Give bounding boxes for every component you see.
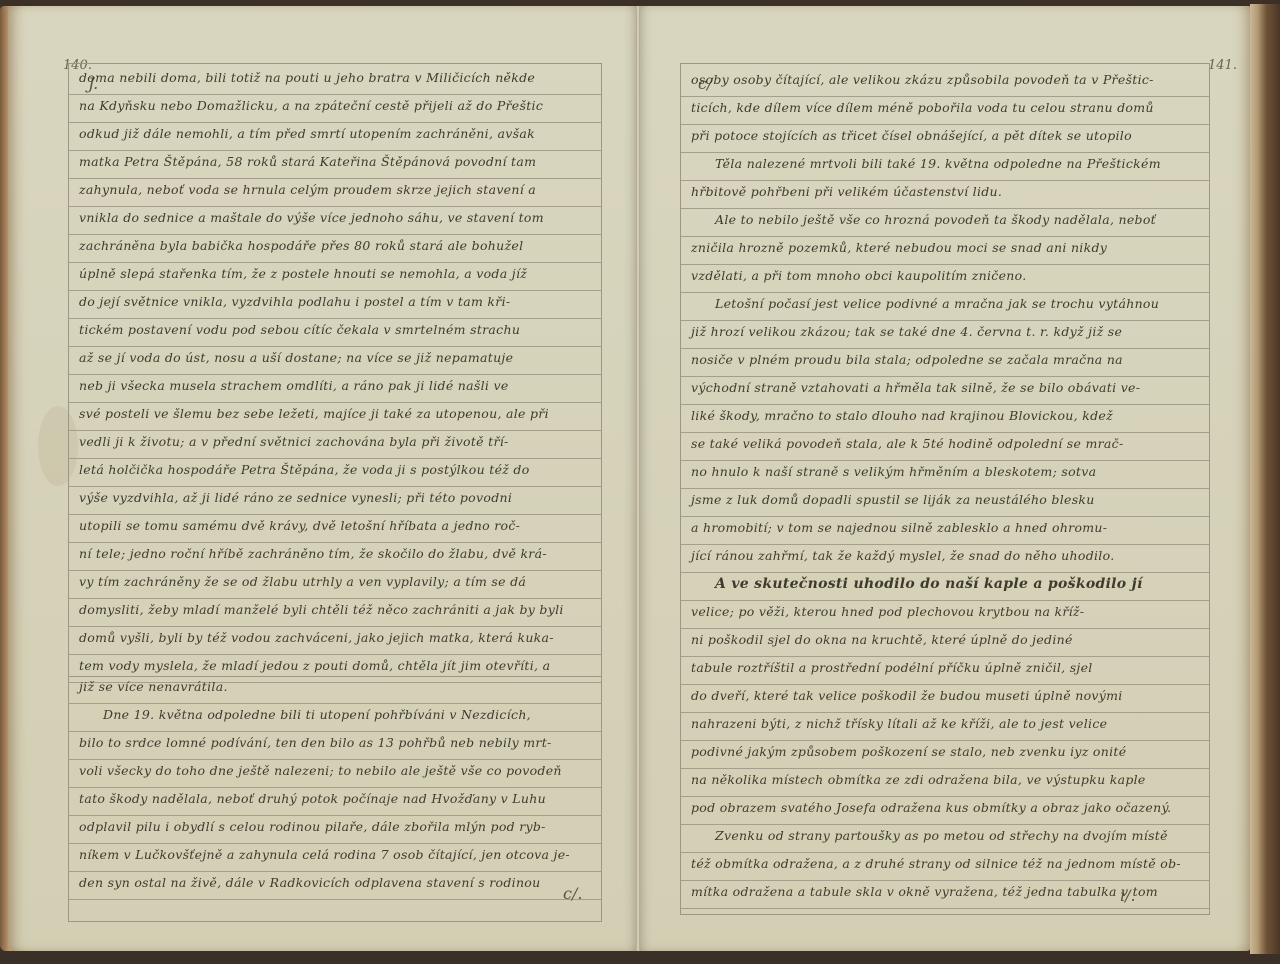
text-line: východní straně vztahovati a hřměla tak … [681, 376, 1209, 405]
text-line: již hrozí velikou zkázou; tak se také dn… [681, 320, 1209, 349]
text-line: letá holčička hospodáře Petra Štěpána, ž… [69, 458, 601, 487]
right-page: 141. c/ osoby osoby čítající, ale veliko… [640, 6, 1252, 951]
text-line: zachráněna byla babička hospodáře přes 8… [69, 234, 601, 263]
text-line: Letošní počasí jest velice podivné a mra… [681, 292, 1209, 321]
text-line: při potoce stojících as třicet čísel obn… [681, 124, 1209, 153]
text-line: nosiče v plném proudu bila stala; odpole… [681, 348, 1209, 377]
text-line: matka Petra Štěpána, 58 roků stará Kateř… [69, 150, 601, 179]
text-line: vedli ji k životu; a v přední světnici z… [69, 430, 601, 459]
text-line: jící ránou zahřmí, tak že každý myslel, … [681, 544, 1209, 573]
text-line: hřbitově pohřbeni při velikém účastenstv… [681, 180, 1209, 209]
text-line: též obmítka odražena, a z druhé strany o… [681, 852, 1209, 881]
text-line: vnikla do sednice a maštale do výše více… [69, 206, 601, 235]
text-line: do dveří, které tak velice poškodil že b… [681, 684, 1209, 713]
text-line: se také veliká povodeň stala, ale k 5té … [681, 432, 1209, 461]
text-line: den syn ostal na živě, dále v Radkovicíc… [69, 871, 601, 900]
text-line: voli všecky do toho dne ještě nalezeni; … [69, 759, 601, 788]
text-line: Ale to nebilo ještě vše co hrozná povode… [681, 208, 1209, 237]
text-line: ní tele; jedno roční hříbě zachráněno tí… [69, 542, 601, 571]
text-line: tato škody nadělala, neboť druhý potok p… [69, 787, 601, 816]
text-line: Dne 19. května odpoledne bili ti utopení… [69, 703, 601, 732]
right-page-bottom-mark: i/. [1120, 886, 1136, 905]
text-line: podivné jakým způsobem poškození se stal… [681, 740, 1209, 769]
text-line: A ve skutečnosti uhodilo do naší kaple a… [681, 572, 1209, 601]
text-line: jsme z luk domů dopadli spustil se liják… [681, 488, 1209, 517]
text-line: no hnulo k naší straně s velikým hřměním… [681, 460, 1209, 489]
text-line: tickém postavení vodu pod sebou cítíc če… [69, 318, 601, 347]
text-line: vy tím zachráněny že se od žlabu utrhly … [69, 570, 601, 599]
text-line: domů vyšli, byli by též vodou zachváceni… [69, 626, 601, 655]
text-line: zahynula, neboť voda se hrnula celým pro… [69, 178, 601, 207]
text-line: Těla nalezené mrtvoli bili také 19. květ… [681, 152, 1209, 181]
text-line: doma nebili doma, bili totiž na pouti u … [69, 66, 601, 95]
left-ruled-area-lower: již se více nenavrátila. Dne 19. května … [68, 675, 602, 922]
text-line: tabule roztříštil a prostřední podélní p… [681, 656, 1209, 685]
text-line: domysliti, žeby mladí manželé byli chtěl… [69, 598, 601, 627]
text-line: Zvenku od strany partoušky as po metou o… [681, 824, 1209, 853]
text-line: liké škody, mračno to stalo dlouho nad k… [681, 404, 1209, 433]
text-line: ticích, kde dílem více dílem méně poboři… [681, 96, 1209, 125]
open-book: 140. J. doma nebili doma, bili totiž na … [0, 0, 1280, 964]
text-line: velice; po věži, kterou hned pod plechov… [681, 600, 1209, 629]
text-line: neb ji všecka musela strachem omdlíti, a… [69, 374, 601, 403]
text-line: a hromobití; v tom se najednou silně zab… [681, 516, 1209, 545]
left-page-bottom-mark: c/. [563, 884, 582, 903]
text-line: nahrazeni býti, z nichž třísky lítali až… [681, 712, 1209, 741]
left-ruled-area: doma nebili doma, bili totiž na pouti u … [68, 63, 602, 677]
text-line: až se jí voda do úst, nosu a uší dostane… [69, 346, 601, 375]
text-line: odkud již dále nemohli, a tím před smrtí… [69, 122, 601, 151]
text-line: odplavil pilu i obydlí s celou rodinou p… [69, 815, 601, 844]
text-line: utopili se tomu samému dvě krávy, dvě le… [69, 514, 601, 543]
text-line: ni poškodil sjel do okna na kruchtě, kte… [681, 628, 1209, 657]
text-line: zničila hrozně pozemků, které nebudou mo… [681, 236, 1209, 265]
right-ruled-area: osoby osoby čítající, ale velikou zkázu … [680, 63, 1210, 915]
text-line: úplně slepá stařenka tím, že z postele h… [69, 262, 601, 291]
text-line: své posteli ve šlemu bez sebe ležeti, ma… [69, 402, 601, 431]
text-line: již se více nenavrátila. [69, 675, 601, 704]
text-line: na několika místech obmítka ze zdi odraž… [681, 768, 1209, 797]
text-line: osoby osoby čítající, ale velikou zkázu … [681, 68, 1209, 97]
text-line: výše vyzdvihla, až ji lidé ráno ze sedni… [69, 486, 601, 515]
text-line: bilo to srdce lomné podívání, ten den bi… [69, 731, 601, 760]
text-line: na Kdyňsku nebo Domažlicku, a na zpátečn… [69, 94, 601, 123]
right-page-number: 141. [1208, 58, 1237, 73]
text-line: pod obrazem svatého Josefa odražena kus … [681, 796, 1209, 825]
left-page: 140. J. doma nebili doma, bili totiž na … [8, 6, 636, 951]
text-line: do její světnice vnikla, vyzdvihla podla… [69, 290, 601, 319]
right-page-edge-binding [1250, 4, 1280, 954]
text-line: vzdělati, a při tom mnoho obci kaupolití… [681, 264, 1209, 293]
text-line: níkem v Lučkovšťejně a zahynula celá rod… [69, 843, 601, 872]
